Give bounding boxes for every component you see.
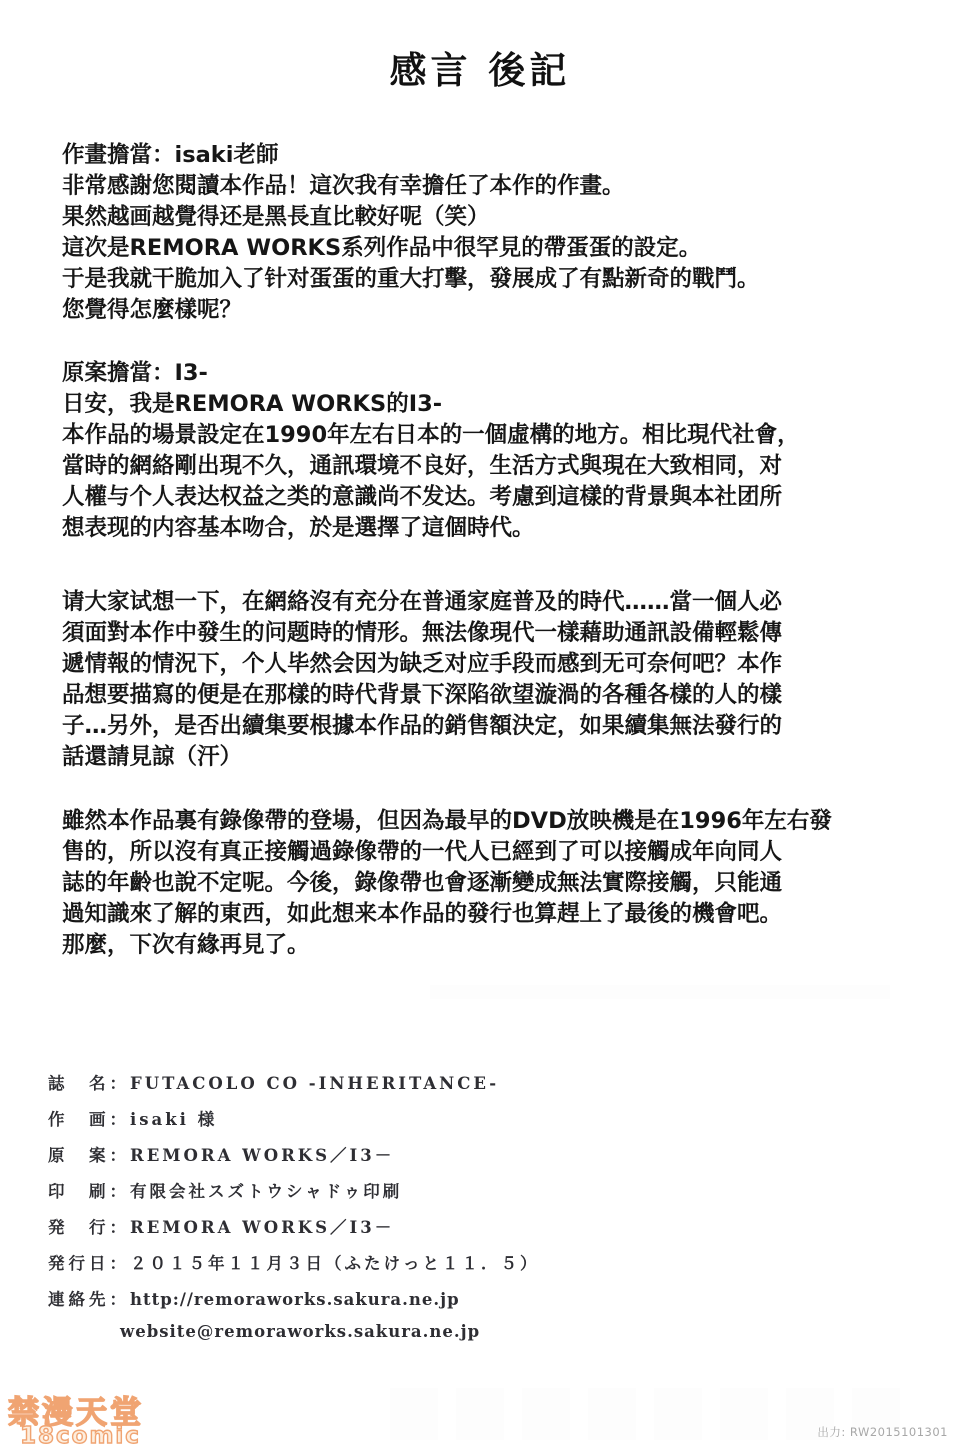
colophon-value: FUTACOLO CO -INHERITANCE-	[130, 1074, 499, 1093]
afterword-body: 作畫擔當：isaki老師 非常感謝您閱讀本作品！這次我有幸擔任了本作的作畫。 果…	[0, 140, 960, 961]
output-code-label: 出力: RW2015101301	[817, 1424, 948, 1440]
colophon-row-title: 誌 名：FUTACOLO CO -INHERITANCE-	[48, 1070, 540, 1106]
colophon-row-artist: 作 画：isaki 様	[48, 1106, 540, 1142]
colophon-value: 有限会社スズトウシャドゥ印刷	[130, 1182, 402, 1201]
watermark-latin-text: 18comic	[20, 1425, 144, 1448]
paragraph-closing-notes: 雖然本作品裏有錄像帶的登場，但因為最早的DVD放映機是在1996年左右發 售的，…	[62, 806, 902, 961]
colophon-value: REMORA WORKS／I3－	[130, 1146, 394, 1165]
colophon-email: website@remoraworks.sakura.ne.jp	[120, 1322, 480, 1341]
colophon-row-contact-url: 連絡先：http://remoraworks.sakura.ne.jp	[48, 1286, 540, 1322]
colophon-row-printer: 印 刷：有限会社スズトウシャドゥ印刷	[48, 1178, 540, 1214]
colophon-label: 印 刷：	[48, 1182, 130, 1201]
colophon-value: ２０１５年１１月３日（ふたけっと１１．５）	[130, 1254, 540, 1273]
paragraph-writer-comment: 原案擔當：I3- 日安，我是REMORA WORKS的I3- 本作品的場景設定在…	[62, 358, 902, 544]
colophon-value: REMORA WORKS／I3－	[130, 1218, 394, 1237]
paragraph-setting-notes: 请大家试想一下，在網絡沒有充分在普通家庭普及的時代……當一個人必 須面對本作中發…	[62, 587, 902, 773]
colophon: 誌 名：FUTACOLO CO -INHERITANCE- 作 画：isaki …	[48, 1070, 540, 1358]
scan-artifact-band	[430, 985, 890, 999]
site-watermark-logo: 禁漫天堂 18comic	[8, 1398, 144, 1448]
paragraph-artist-comment: 作畫擔當：isaki老師 非常感謝您閱讀本作品！這次我有幸擔任了本作的作畫。 果…	[62, 140, 902, 326]
colophon-label: 原 案：	[48, 1146, 130, 1165]
colophon-label: 作 画：	[48, 1110, 130, 1129]
afterword-page: 感言 後記 作畫擔當：isaki老師 非常感謝您閱讀本作品！這次我有幸擔任了本作…	[0, 0, 960, 1450]
colophon-row-contact-email: website@remoraworks.sakura.ne.jp	[48, 1322, 540, 1358]
colophon-label: 連絡先：	[48, 1290, 130, 1309]
colophon-row-original: 原 案：REMORA WORKS／I3－	[48, 1142, 540, 1178]
colophon-label: 発 行：	[48, 1218, 130, 1237]
colophon-row-publisher: 発 行：REMORA WORKS／I3－	[48, 1214, 540, 1250]
colophon-website-url: http://remoraworks.sakura.ne.jp	[130, 1290, 460, 1309]
colophon-label: 誌 名：	[48, 1074, 130, 1093]
colophon-value: isaki 様	[130, 1110, 217, 1129]
colophon-label: 発行日：	[48, 1254, 130, 1273]
page-title: 感言 後記	[0, 40, 960, 94]
colophon-row-date: 発行日：２０１５年１１月３日（ふたけっと１１．５）	[48, 1250, 540, 1286]
